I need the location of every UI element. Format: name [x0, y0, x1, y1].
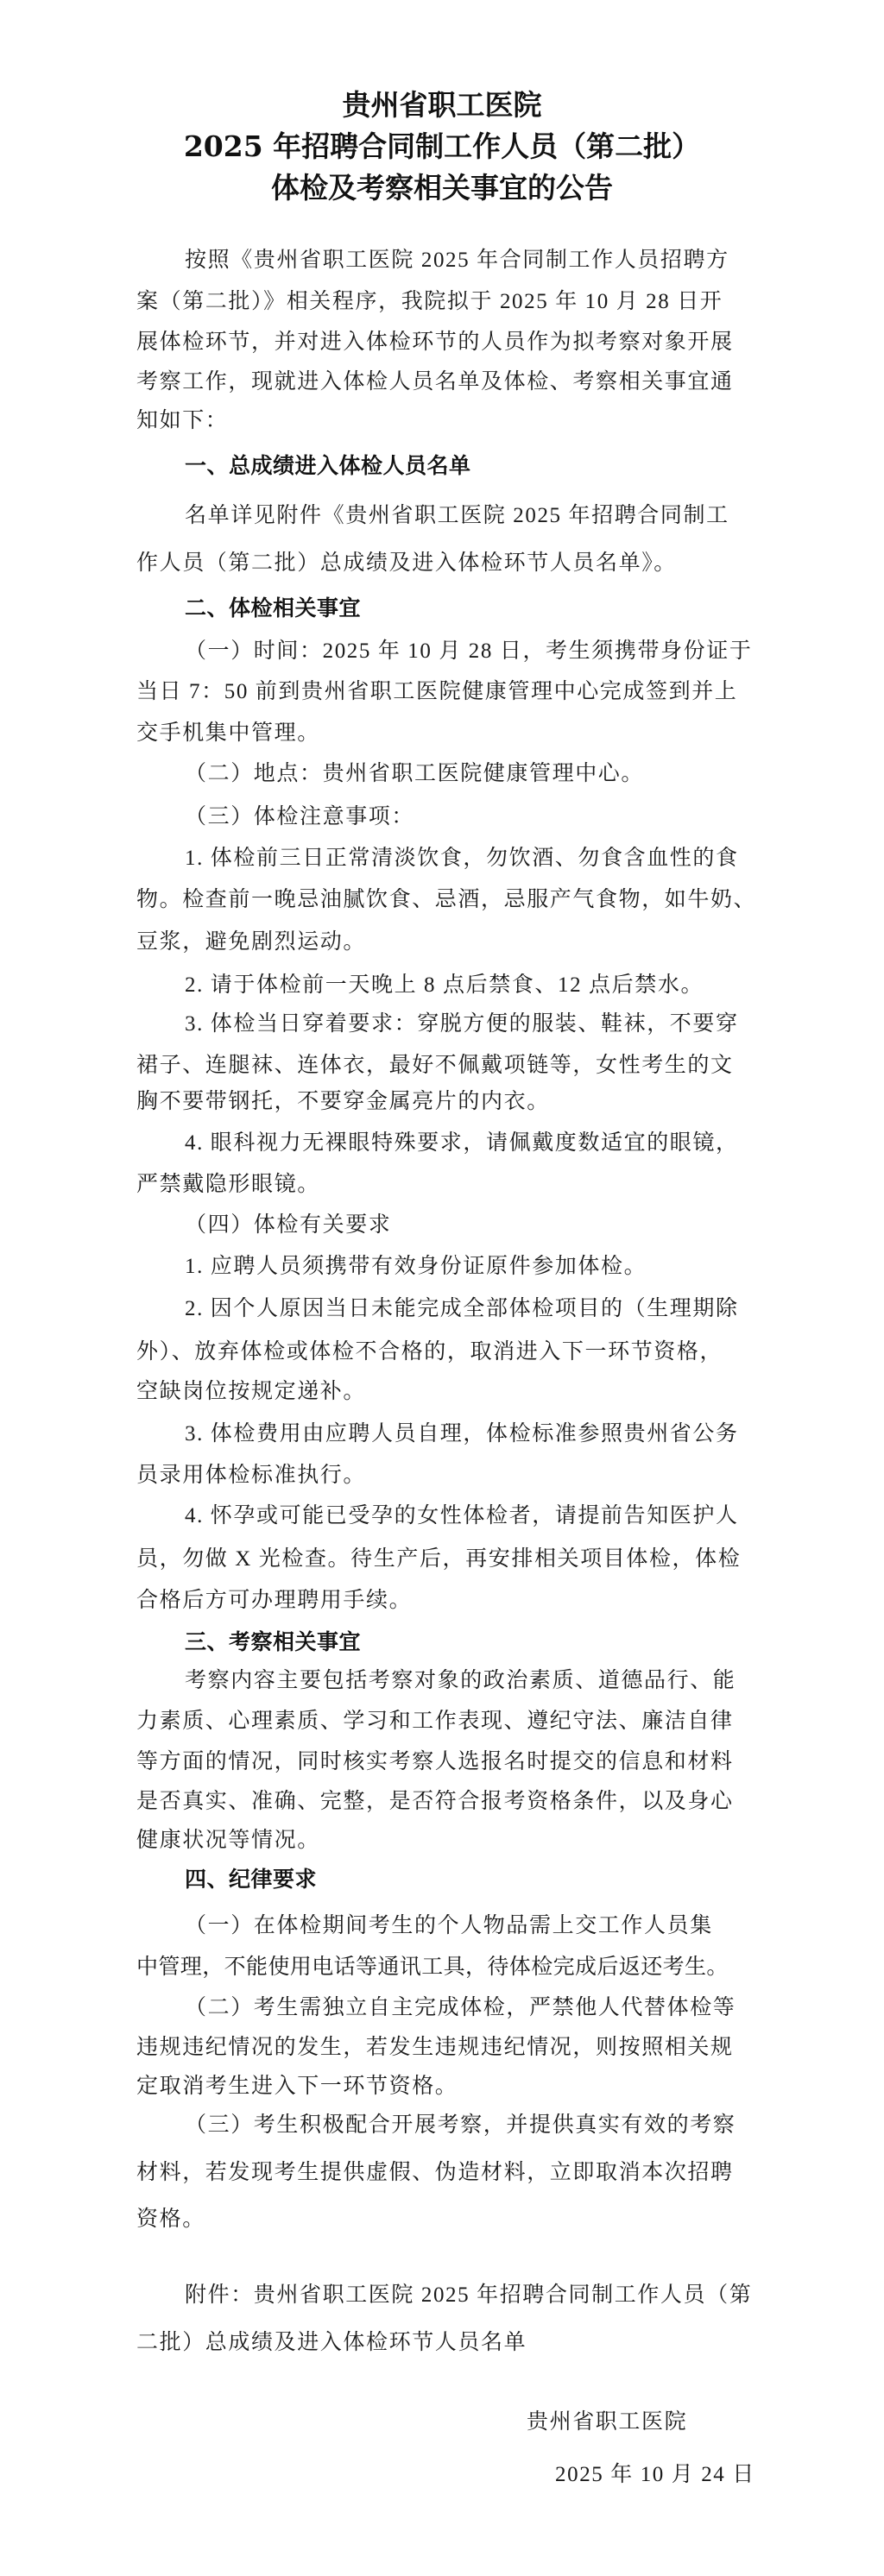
title-line-1: 贵州省职工医院	[0, 88, 884, 123]
discipline-1-line: （一）在体检期间考生的个人物品需上交工作人员集	[185, 1912, 713, 1941]
section3-line: 等方面的情况，同时核实考察人选报名时提交的信息和材料	[136, 1748, 734, 1777]
exam-time-line: （一）时间：2025 年 10 月 28 日，考生须携带身份证于	[185, 637, 752, 666]
intro-line: 知如下：	[136, 406, 228, 436]
section1-line: 作人员（第二批）总成绩及进入体检环节人员名单》。	[136, 549, 677, 578]
attachment-line: 附件：贵州省职工医院 2025 年招聘合同制工作人员（第	[185, 2281, 752, 2310]
title-line-3: 体检及考察相关事宜的公告	[0, 171, 884, 205]
requirement-3-line: 员录用体检标准执行。	[136, 1461, 366, 1490]
signature-date: 2025 年 10 月 24 日	[555, 2460, 755, 2490]
section1-line: 名单详见附件《贵州省职工医院 2025 年招聘合同制工	[185, 501, 729, 531]
note-4-line: 严禁戴隐形眼镜。	[136, 1170, 320, 1200]
discipline-2-line: 违规违纪情况的发生，若发生违规违纪情况，则按照相关规	[136, 2033, 734, 2063]
requirement-4-line: 合格后方可办理聘用手续。	[136, 1586, 412, 1616]
note-1-line: 豆浆，避免剧烈运动。	[136, 928, 366, 957]
requirement-2-line: 2. 因个人原因当日未能完成全部体检项目的（生理期除	[185, 1294, 739, 1324]
requirement-1-line: 1. 应聘人员须携带有效身份证原件参加体检。	[185, 1252, 647, 1282]
exam-location-line: （二）地点：贵州省职工医院健康管理中心。	[185, 759, 644, 789]
discipline-3-line: 资格。	[136, 2205, 205, 2234]
note-1-line: 1. 体检前三日正常清淡饮食，勿饮酒、勿食含血性的食	[185, 844, 739, 873]
requirement-2-line: 外）、放弃体检或体检不合格的，取消进入下一环节资格，	[136, 1338, 723, 1367]
requirement-4-line: 员，勿做 X 光检查。待生产后，再安排相关项目体检，体检	[136, 1545, 741, 1574]
exam-time-line: 交手机集中管理。	[136, 719, 320, 748]
title-line-2: 2025 年招聘合同制工作人员（第二批）	[0, 129, 884, 164]
section-heading-2: 二、体检相关事宜	[185, 594, 361, 623]
discipline-3-line: （三）考生积极配合开展考察，并提供真实有效的考察	[185, 2111, 736, 2140]
attachment-line: 二批）总成绩及进入体检环节人员名单	[136, 2328, 527, 2358]
intro-line: 展体检环节，并对进入体检环节的人员作为拟考察对象开展	[136, 328, 734, 357]
requirement-4-line: 4. 怀孕或可能已受孕的女性体检者，请提前告知医护人	[185, 1502, 739, 1531]
section-heading-4: 四、纪律要求	[185, 1865, 317, 1894]
note-3-line: 裙子、连腿袜、连体衣，最好不佩戴项链等，女性考生的文	[136, 1051, 734, 1080]
section-heading-1: 一、总成绩进入体检人员名单	[185, 451, 471, 481]
section3-line: 考察内容主要包括考察对象的政治素质、道德品行、能	[185, 1666, 736, 1696]
note-2-line: 2. 请于体检前一天晚上 8 点后禁食、12 点后禁水。	[185, 971, 704, 1000]
section3-line: 是否真实、准确、完整，是否符合报考资格条件，以及身心	[136, 1787, 734, 1817]
section-heading-3: 三、考察相关事宜	[185, 1628, 361, 1657]
note-3-line: 胸不要带钢托，不要穿金属亮片的内衣。	[136, 1087, 550, 1117]
intro-line: 按照《贵州省职工医院 2025 年合同制工作人员招聘方	[185, 246, 729, 275]
note-1-line: 物。检查前一晚忌油腻饮食、忌酒，忌服产气食物，如牛奶、	[136, 885, 756, 915]
exam-time-line: 当日 7：50 前到贵州省职工医院健康管理中心完成签到并上	[136, 677, 737, 707]
section3-line: 力素质、心理素质、学习和工作表现、遵纪守法、廉洁自律	[136, 1707, 734, 1736]
discipline-3-line: 材料，若发现考生提供虚假、伪造材料，立即取消本次招聘	[136, 2158, 734, 2188]
announcement-page: 贵州省职工医院 2025 年招聘合同制工作人员（第二批） 体检及考察相关事宜的公…	[0, 0, 884, 2576]
discipline-1-line: 中管理，不能使用电话等通讯工具，待体检完成后返还考生。	[136, 1953, 729, 1982]
intro-line: 案（第二批）》相关程序，我院拟于 2025 年 10 月 28 日开	[136, 287, 723, 317]
requirement-3-line: 3. 体检费用由应聘人员自理，体检标准参照贵州省公务	[185, 1420, 739, 1449]
section3-line: 健康状况等情况。	[136, 1826, 320, 1855]
signature-organization: 贵州省职工医院	[527, 2408, 687, 2437]
notes-subheading: （三）体检注意事项：	[185, 803, 414, 832]
intro-line: 考察工作，现就进入体检人员名单及体检、考察相关事宜通	[136, 368, 734, 397]
requirement-2-line: 空缺岗位按规定递补。	[136, 1377, 366, 1407]
note-4-line: 4. 眼科视力无裸眼特殊要求，请佩戴度数适宜的眼镜，	[185, 1129, 739, 1158]
note-3-line: 3. 体检当日穿着要求：穿脱方便的服装、鞋袜，不要穿	[185, 1010, 739, 1039]
discipline-2-line: （二）考生需独立自主完成体检，严禁他人代替体检等	[185, 1993, 736, 2023]
requirements-subheading: （四）体检有关要求	[185, 1211, 391, 1240]
discipline-2-line: 定取消考生进入下一环节资格。	[136, 2072, 458, 2101]
